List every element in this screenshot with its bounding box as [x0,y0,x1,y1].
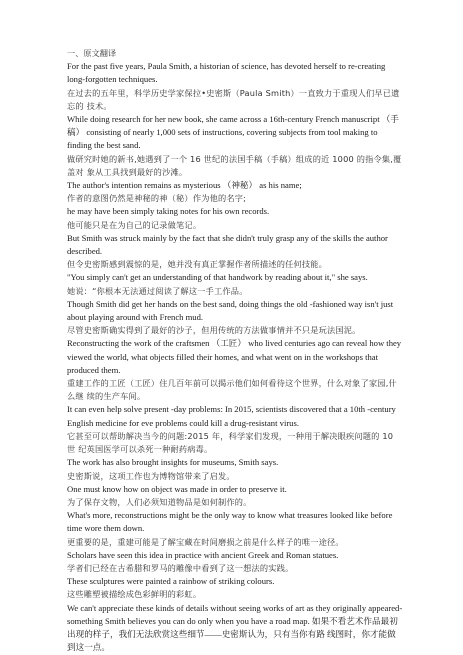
paragraph-zh: 他可能只是在为自己的记录做笔记。 [67,219,403,232]
paragraph-en: "You simply can't get an understanding o… [67,271,403,284]
paragraph-en: But Smith was struck mainly by the fact … [67,232,403,258]
paragraph-en: These sculptures were painted a rainbow … [67,575,403,588]
paragraph-en: One must know how on object was made in … [67,483,403,496]
paragraph-mixed: We can't appreciate these kinds of detai… [67,602,403,655]
paragraph-en: For the past five years, Paula Smith, a … [67,60,403,86]
paragraph-zh: 尽管史密斯确实得到了最好的沙子，但用传统的方法做事情并不只是玩法国泥。 [67,324,403,337]
paragraph-zh: 为了保存文物，人们必须知道物品是如何制作的。 [67,496,403,509]
paragraph-zh: 作者的意图仍然是神秘的神（秘）作为他的名字; [67,192,403,205]
paragraph-en: he may have been simply taking notes for… [67,205,403,218]
paragraph-zh: 这些雕塑被描绘成色彩鲜明的彩虹。 [67,588,403,601]
paragraph-en: The work has also brought insights for m… [67,456,403,469]
paragraph-zh: 更重要的是，重建可能是了解宝藏在时间磨损之前是什么样子的唯一途径。 [67,536,403,549]
paragraph-zh: 做研究时她的新书,她遇到了一个 16 世纪的法国手稿（手稿）组成的近 1000 … [67,153,403,179]
paragraph-zh: 但令史密斯感到震惊的是，她并没有真正掌握作者所描述的任何技能。 [67,258,403,271]
paragraph-en: Reconstructing the work of the craftsmen… [67,337,403,377]
paragraph-zh: 在过去的五年里，科学历史学家保拉•史密斯（Paula Smith）一直致力于重现… [67,87,403,113]
paragraph-zh: 她说：“你根本无法通过阅读了解这一手工作品。 [67,285,403,298]
paragraph-en: Though Smith did get her hands on the be… [67,298,403,324]
paragraph-en: Scholars have seen this idea in practice… [67,549,403,562]
paragraph-zh: 它甚至可以帮助解决当今的问题:2015 年，科学家们发现，一种用于解决眼疾问题的… [67,430,403,456]
paragraph-zh: 学者们已经在古希腊和罗马的雕像中看到了这一想法的实践。 [67,562,403,575]
paragraph-en: While doing research for her new book, s… [67,113,403,153]
paragraph-en: What's more, reconstructions might be th… [67,509,403,535]
paragraph-zh: 史密斯说，这项工作也为博物馆带来了启发。 [67,470,403,483]
paragraph-zh: 重建工作的工匠（工匠）住几百年前可以揭示他们如何看待这个世界，什么对象了家园,什… [67,377,403,403]
document-page: 一、原文翻译 For the past five years, Paula Sm… [67,47,403,654]
paragraph-en: It can even help solve present -day prob… [67,403,403,429]
paragraph-en: The author's intention remains as myster… [67,179,403,192]
section-heading: 一、原文翻译 [67,47,403,60]
